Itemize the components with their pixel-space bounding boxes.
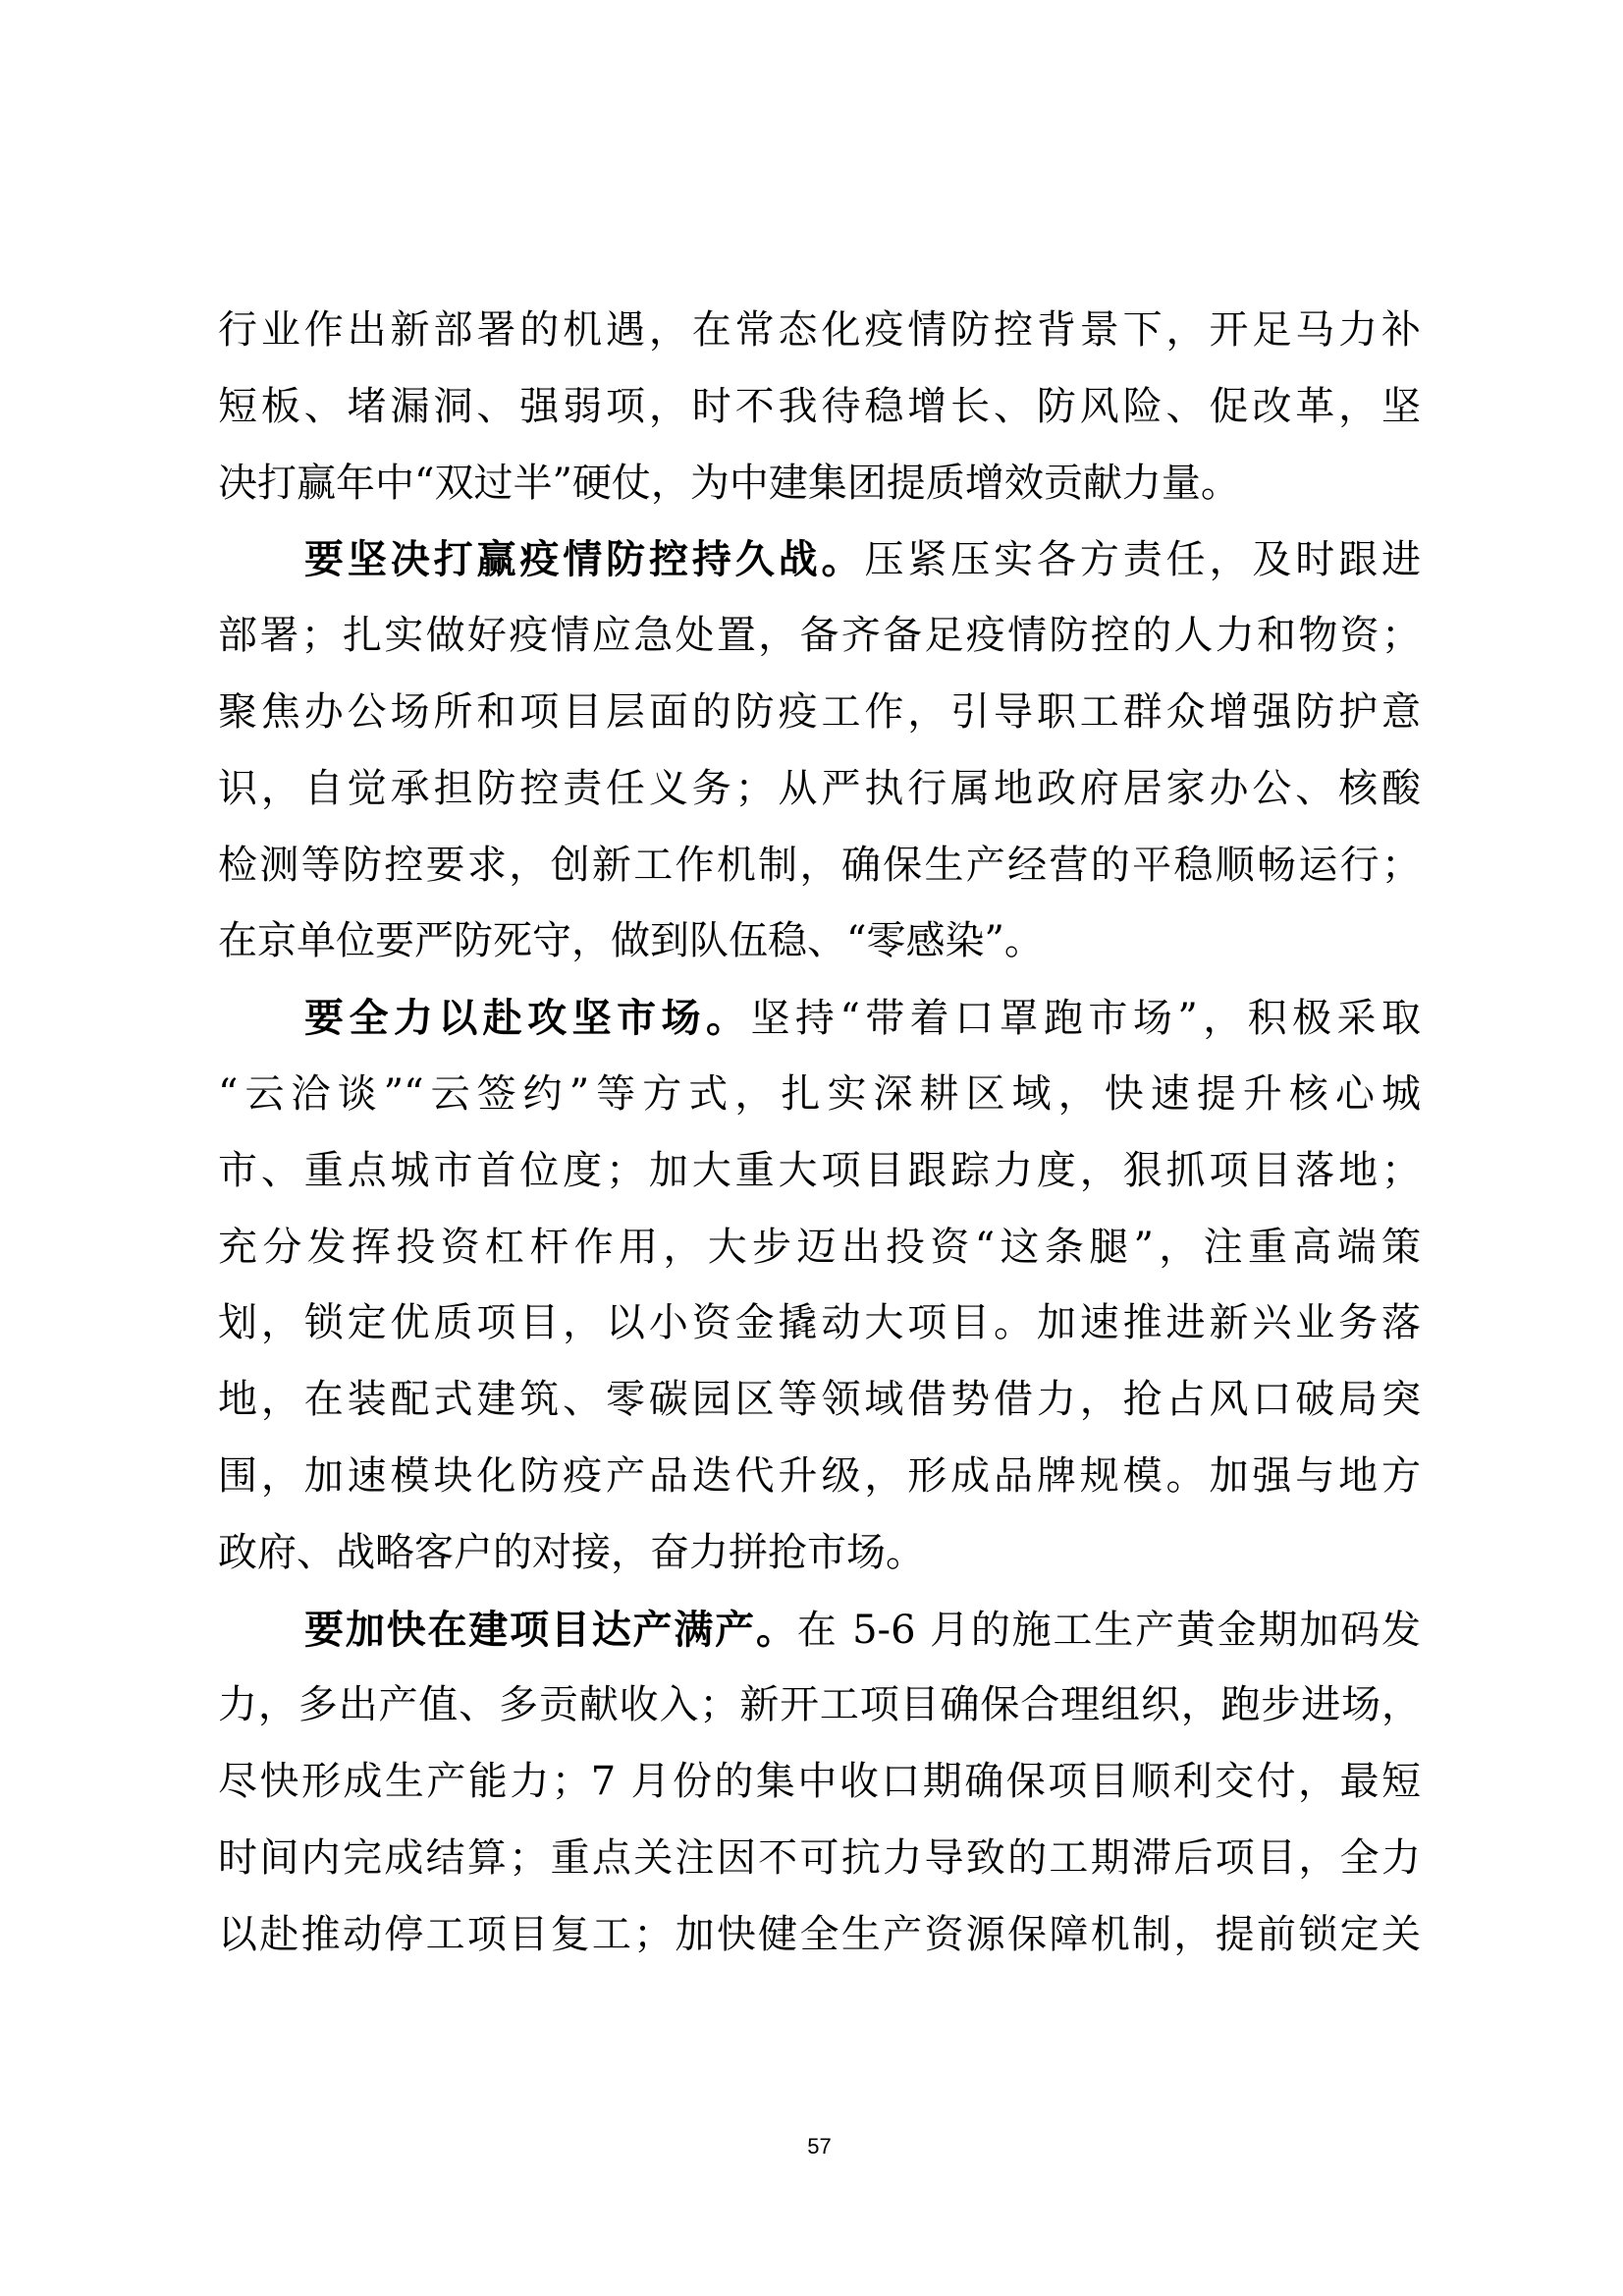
text-line: 要加快在建项目达产满产。在 5-6 月的施工生产黄金期加码发	[218, 1592, 1421, 1668]
text-line: 在京单位要严防死守，做到队伍稳、“零感染”。	[218, 903, 1421, 980]
body-text: 行业作出新部署的机遇，在常态化疫情防控背景下，开足马力补 短板、堵漏洞、强弱项，…	[218, 293, 1421, 1974]
text-line: 划，锁定优质项目，以小资金撬动大项目。加速推进新兴业务落	[218, 1285, 1421, 1362]
text-line: 充分发挥投资杠杆作用，大步迈出投资“这条腿”，注重高端策	[218, 1210, 1421, 1286]
text-line: 政府、战略客户的对接，奋力拼抢市场。	[218, 1515, 1421, 1592]
text-line: 以赴推动停工项目复工；加快健全生产资源保障机制，提前锁定关	[218, 1897, 1421, 1974]
text-line: 尽快形成生产能力；7 月份的集中收口期确保项目顺利交付，最短	[218, 1744, 1421, 1821]
text-line: 时间内完成结算；重点关注因不可抗力导致的工期滞后项目，全力	[218, 1821, 1421, 1897]
document-page: 行业作出新部署的机遇，在常态化疫情防控背景下，开足马力补 短板、堵漏洞、强弱项，…	[0, 0, 1623, 2296]
text-line: 要全力以赴攻坚市场。坚持“带着口罩跑市场”，积极采取	[218, 980, 1421, 1057]
text-line: 短板、堵漏洞、强弱项，时不我待稳增长、防风险、促改革，坚	[218, 369, 1421, 446]
text-line: 检测等防控要求，创新工作机制，确保生产经营的平稳顺畅运行；	[218, 828, 1421, 904]
paragraph-market: 要全力以赴攻坚市场。坚持“带着口罩跑市场”，积极采取 “云洽谈”“云签约”等方式…	[218, 980, 1421, 1591]
paragraph-projects: 要加快在建项目达产满产。在 5-6 月的施工生产黄金期加码发 力，多出产值、多贡…	[218, 1592, 1421, 1974]
text-line: 地，在装配式建筑、零碳园区等领域借势借力，抢占风口破局突	[218, 1362, 1421, 1439]
text-line: 力，多出产值、多贡献收入；新开工项目确保合理组织，跑步进场，	[218, 1667, 1421, 1744]
text-line: “云洽谈”“云签约”等方式，扎实深耕区域，快速提升核心城	[218, 1057, 1421, 1133]
text-line: 行业作出新部署的机遇，在常态化疫情防控背景下，开足马力补	[218, 293, 1421, 369]
text-line: 聚焦办公场所和项目层面的防疫工作，引导职工群众增强防护意	[218, 675, 1421, 751]
paragraph-lead: 要全力以赴攻坚市场。	[304, 995, 750, 1041]
paragraph-continuation: 行业作出新部署的机遇，在常态化疫情防控背景下，开足马力补 短板、堵漏洞、强弱项，…	[218, 293, 1421, 521]
paragraph-lead: 要加快在建项目达产满产。	[304, 1607, 797, 1653]
text-line: 部署；扎实做好疫情应急处置，备齐备足疫情防控的人力和物资；	[218, 598, 1421, 675]
text-line: 市、重点城市首位度；加大重大项目跟踪力度，狠抓项目落地；	[218, 1133, 1421, 1210]
text-line: 识，自觉承担防控责任义务；从严执行属地政府居家办公、核酸	[218, 751, 1421, 828]
text-span: 坚持“带着口罩跑市场”，积极采取	[750, 996, 1421, 1041]
text-line: 要坚决打赢疫情防控持久战。压紧压实各方责任，及时跟进	[218, 521, 1421, 598]
paragraph-lead: 要坚决打赢疫情防控持久战。	[304, 536, 864, 582]
text-line: 决打赢年中“双过半”硬仗，为中建集团提质增效贡献力量。	[218, 446, 1421, 522]
paragraph-epidemic-prevention: 要坚决打赢疫情防控持久战。压紧压实各方责任，及时跟进 部署；扎实做好疫情应急处置…	[218, 521, 1421, 980]
text-span: 压紧压实各方责任，及时跟进	[864, 537, 1421, 582]
text-span: 在 5-6 月的施工生产黄金期加码发	[797, 1608, 1421, 1653]
text-line: 围，加速模块化防疫产品迭代升级，形成品牌规模。加强与地方	[218, 1439, 1421, 1515]
page-number: 57	[218, 2133, 1421, 2160]
